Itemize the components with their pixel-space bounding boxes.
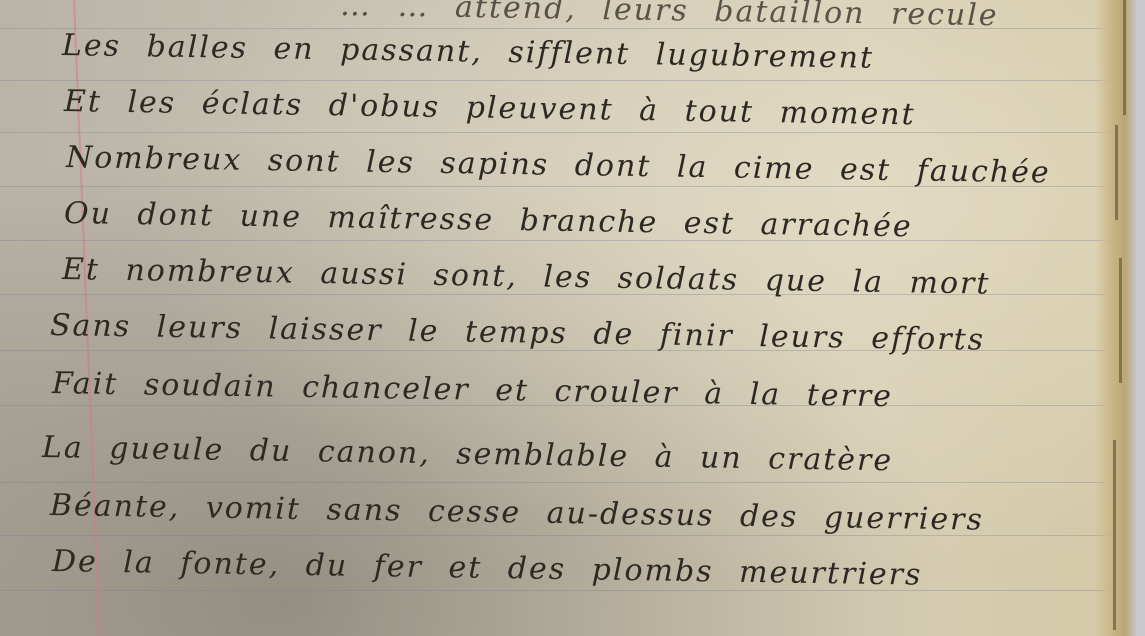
text-line-4: Ou dont une maîtresse branche est arrach…	[64, 196, 913, 244]
text-line-7: Fait soudain chanceler et crouler à la t…	[52, 366, 894, 414]
notebook-page: … … attend, leurs bataillon recule Les b…	[0, 0, 1145, 636]
text-line-8: La gueule du canon, semblable à un cratè…	[42, 430, 894, 478]
text-line-partial: … … attend, leurs bataillon recule	[340, 0, 999, 33]
text-line-5: Et nombreux aussi sont, les soldats que …	[62, 252, 991, 302]
text-line-9: Béante, vomit sans cesse au-dessus des g…	[50, 488, 984, 538]
text-line-1: Les balles en passant, sifflent lugubrem…	[62, 28, 875, 76]
text-line-3: Nombreux sont les sapins dont la cime es…	[66, 140, 1051, 190]
text-line-6: Sans leurs laisser le temps de finir leu…	[50, 308, 986, 358]
text-line-10: De la fonte, du fer et des plombs meurtr…	[52, 544, 923, 593]
handwritten-text: … … attend, leurs bataillon recule Les b…	[0, 0, 1145, 636]
text-line-2: Et les éclats d'obus pleuvent à tout mom…	[64, 84, 916, 132]
